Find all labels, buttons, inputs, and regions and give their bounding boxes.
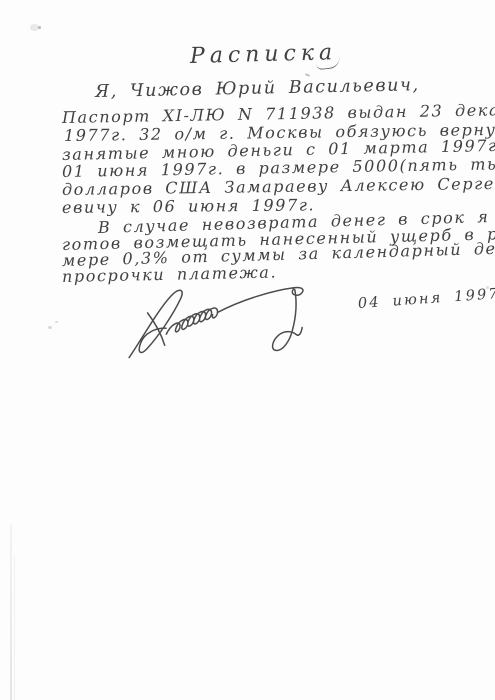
handwritten-line: долларов США Замараеву Алексею Серге-: [62, 176, 495, 198]
scan-speck: [48, 326, 52, 329]
scanned-receipt-page: Расписка Я, Чижов Юрий Васильевич, Паспо…: [0, 0, 495, 700]
scan-speck: [486, 286, 489, 289]
date-line: 04 июня 1997г.: [357, 286, 495, 312]
title-underline-flourish: [315, 57, 340, 70]
scan-speck: [55, 321, 58, 323]
signature-scribble-icon: [117, 276, 344, 372]
scanner-edge-line: [14, 556, 15, 700]
title-stray-dot: [305, 73, 310, 77]
scan-speck: [38, 26, 41, 29]
handwritten-line: Я, Чижов Юрий Васильевич,: [95, 77, 420, 101]
scanner-edge-line: [10, 524, 12, 700]
